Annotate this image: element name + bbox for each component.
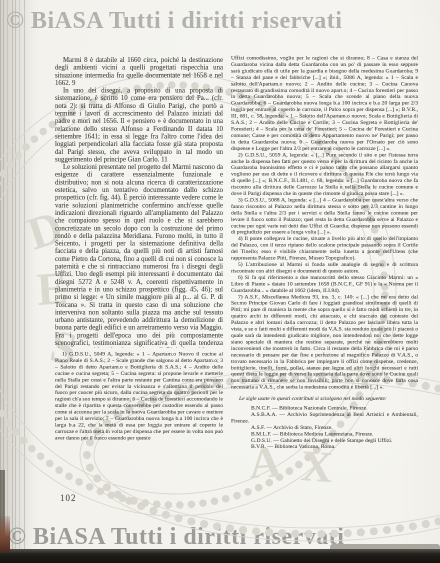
right-column-footnotes: Uffizi comodissimo, voglio per le ragion… <box>231 55 418 475</box>
watermark-bottom: © BiASA Tutti i diritti riservati <box>8 524 344 551</box>
footnote: 6) Si fa qui riferimento a due manoscrit… <box>231 274 418 293</box>
scan-edge-band <box>0 549 440 563</box>
abbreviation-item: A.S.B.A.A. — Archivio Soprintendenza ai … <box>231 411 418 424</box>
watermark-top: © BiASA Tutti i diritti riservati <box>6 8 342 35</box>
footnote: Uffizi comodissimo, voglio per le ragion… <box>231 55 418 152</box>
paragraph: Le soluzioni presentate nel progetto del… <box>55 163 223 348</box>
footnote: 4) Il ponte collegava le cucine, situate… <box>231 236 418 262</box>
page-number: 102 <box>60 493 77 503</box>
left-column-footnotes: 1) G.D.S.U., 5049 A, legenda: « 1 – Apar… <box>55 351 223 481</box>
footnote: 2) G.D.S.U., 5059 A, legenda: « [...] Pu… <box>231 152 418 197</box>
scan-gutter-fade <box>0 0 40 563</box>
footnote: 3) G.D.S.U., 5088 A, legenda: « [...] 4 … <box>231 197 418 236</box>
footnote: 5) L'attribuzione al Marmi si fonda sull… <box>231 262 418 275</box>
abbreviations-intro: Le sigle usate in questi contributi si s… <box>231 396 418 402</box>
footnote: 1) G.D.S.U., 5049 A, legenda: « 1 – Apar… <box>55 351 223 441</box>
left-column-body: Marmi 8 è databile al 1660 circa, poiché… <box>55 56 223 348</box>
abbreviations-list: B.N.C.F. — Biblioteca Nazionale Centrale… <box>231 405 418 450</box>
scan-corner-stain <box>0 516 10 552</box>
footnote: 7) A.S.F., Miscellanea Medicea 93, ins. … <box>231 294 418 391</box>
paragraph: Marmi 8 è databile al 1660 circa, poiché… <box>55 56 223 87</box>
scanned-page: { "watermark": { "top": "© BiASA Tutti i… <box>0 0 440 563</box>
paragraph: In uno dei disegni, a proposito di una p… <box>55 87 223 163</box>
abbreviation-item: B.V.R. — Biblioteca Vaticana, Roma. <box>231 444 418 450</box>
